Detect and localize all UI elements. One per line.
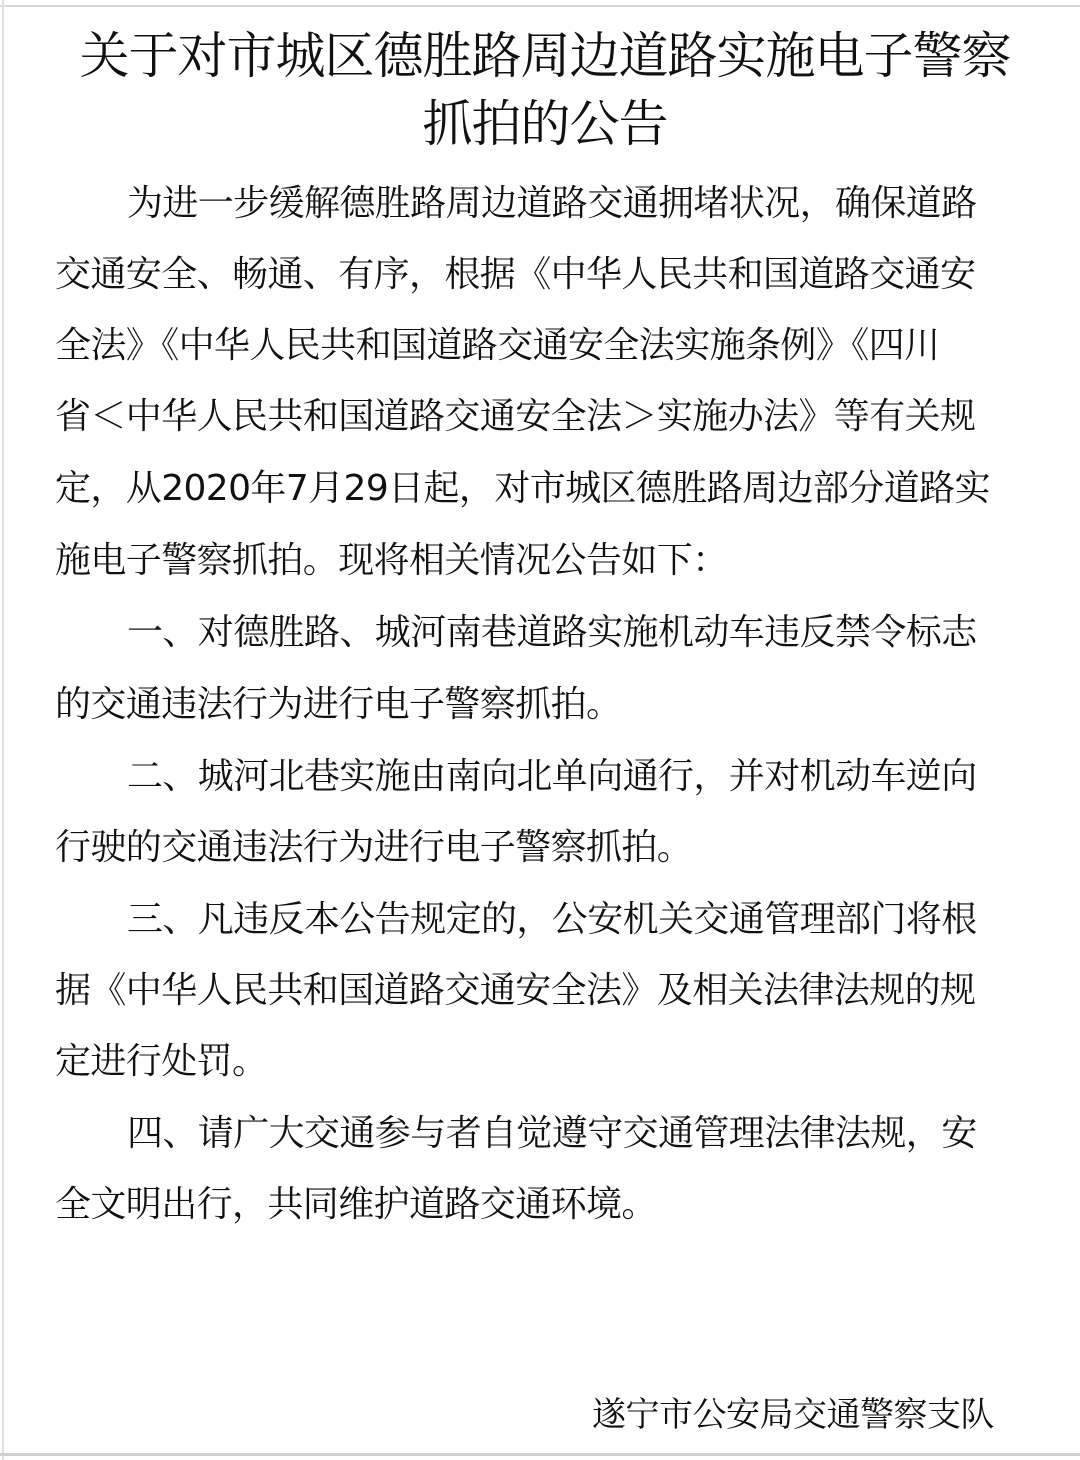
title-line-1: 关于对市城区德胜路周边道路实施电子警察 [40, 22, 1050, 90]
announcement-page: 关于对市城区德胜路周边道路实施电子警察 抓拍的公告 为进一步缓解德胜路周边道路交… [0, 0, 1080, 1460]
intro-line-4: 省＜中华人民共和国道路交通安全法＞实施办法》等有关规 [55, 393, 975, 441]
intro-line-6: 施电子警察抓拍。现将相关情况公告如下： [55, 537, 728, 585]
item-3-line-3: 定进行处罚。 [55, 1038, 267, 1086]
item-2-line-1: 二、城河北巷实施由南向北单向通行，并对机动车逆向 [127, 753, 977, 801]
intro-line-1: 为进一步缓解德胜路周边道路交通拥堵状况，确保道路 [127, 180, 977, 228]
item-4-line-2: 全文明出行，共同维护道路交通环境。 [55, 1181, 657, 1229]
issuer-signature: 遂宁市公安局交通警察支队 [592, 1392, 994, 1438]
item-2-line-2: 行驶的交通违法行为进行电子警察抓拍。 [55, 824, 692, 872]
item-4-line-1: 四、请广大交通参与者自觉遵守交通管理法律法规，安 [127, 1110, 977, 1158]
page-top-border [0, 5, 1080, 7]
item-1-line-1: 一、对德胜路、城河南巷道路实施机动车违反禁令标志 [127, 609, 977, 657]
intro-line-5: 定，从2020年7月29日起，对市城区德胜路周边部分道路实 [55, 465, 990, 513]
item-3-line-1: 三、凡违反本公告规定的，公安机关交通管理部门将根 [127, 896, 977, 944]
page-left-border [2, 0, 4, 1460]
item-1-line-2: 的交通违法行为进行电子警察抓拍。 [55, 681, 621, 729]
intro-line-2: 交通安全、畅通、有序，根据《中华人民共和国道路交通安 [55, 251, 975, 299]
document-title: 关于对市城区德胜路周边道路实施电子警察 抓拍的公告 [40, 22, 1050, 158]
item-3-line-2: 据《中华人民共和国道路交通安全法》及相关法律法规的规 [55, 967, 975, 1015]
page-bottom-border [0, 1453, 1080, 1456]
title-line-2: 抓拍的公告 [40, 90, 1050, 158]
intro-line-3: 全法》《中华人民共和国道路交通安全法实施条例》《四川 [55, 322, 939, 370]
